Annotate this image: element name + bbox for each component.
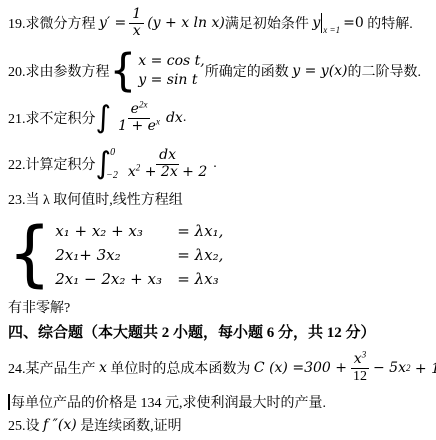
problem-21-period: . [183, 110, 187, 126]
problem-22-prefix: 22.计算定积分 [8, 154, 96, 174]
lower-bound: −2 [106, 170, 118, 181]
problem-24-tail-rest: + 170x ， [410, 358, 436, 378]
equals-zero: =0 [343, 15, 364, 31]
dx-differential: dx [166, 110, 183, 126]
f-double-prime: f ″(x) [43, 417, 77, 433]
upper-bound: 0 [110, 147, 115, 158]
problem-21: 21.求不定积分 ∫ e2x1 + exdx. [8, 96, 186, 140]
problem-24-line2: 每单位产品的价格是 134 元,求使利润最大时的产量. [8, 392, 326, 412]
fraction-1-over-x: 1x [129, 7, 144, 39]
problem-20-tail-post: 的二阶导数. [348, 61, 422, 81]
system-row-2: 2x₁+ 3x₂= λx₂, [55, 246, 223, 264]
problem-20-tail-pre: 所确定的函数 [205, 61, 293, 81]
x-variable: x [99, 360, 107, 376]
problem-20-tail-math: y = y(x) [292, 63, 347, 79]
problem-23-title-text: 23.当 λ 取何值时,线性方程组 [8, 189, 183, 209]
problem-21-prefix: 21.求不定积分 [8, 108, 96, 128]
problem-19: 19.求微分方程 y′ = 1x(y + x ln x)满足初始条件 yx =1… [8, 4, 413, 42]
system-row-1: x₁ + x₂ + x₃= λx₁, [55, 222, 223, 240]
parametric-eq-x: x = cos t, [138, 52, 205, 71]
problem-19-prefix: 19.求微分方程 [8, 13, 99, 33]
problem-20-prefix: 20.求由参数方程 [8, 61, 110, 81]
problem-24-line2-text: 每单位产品的价格是 134 元,求使利润最大时的产量. [11, 392, 326, 412]
problem-24-prefix2: 单位时的总成本函数为 [107, 358, 254, 378]
left-brace: { [110, 49, 137, 93]
left-brace: { [8, 219, 51, 290]
problem-19-expression: (y + x ln x) [147, 15, 225, 31]
problem-23-question-text: 有非零解? [8, 297, 70, 317]
integral-sign: ∫ [96, 103, 112, 133]
problem-25-prefix: 25.设 [8, 415, 43, 435]
section-4-heading: 四、综合题（本大题共 2 小题，每小题 6 分，共 12 分） [8, 320, 376, 342]
problem-19-lhs: y′ = [99, 15, 126, 31]
fraction-e2x-over-1-plus-ex: e2x1 + ex [115, 102, 163, 134]
integral-bounds: 0−2 [110, 147, 118, 181]
text-cursor[interactable] [8, 394, 10, 410]
problem-23-question: 有非零解? [8, 297, 70, 317]
section-4-heading-text: 四、综合题（本大题共 2 小题，每小题 6 分，共 12 分） [8, 321, 376, 342]
cost-function: C (x) =300 + [254, 360, 347, 376]
problem-22: 22.计算定积分 ∫ 0−2 dxx2 + 2x + 2. [8, 140, 217, 188]
problem-22-period: . [213, 156, 217, 172]
linear-system: { x₁ + x₂ + x₃= λx₁, 2x₁+ 3x₂= λx₂, 2x₁ … [8, 216, 223, 294]
problem-19-condition-text: 满足初始条件 [225, 13, 313, 33]
problem-24-prefix1: 24.某产品生产 [8, 358, 99, 378]
fraction-dx-over-quadratic: dxx2 + 2x + 2 [125, 148, 210, 180]
parametric-eq-y: y = sin t [138, 71, 205, 90]
system-row-3: 2x₁ − 2x₂ + x₃= λx₃ [55, 270, 223, 288]
problem-25-tail: 是连续函数,证明 [77, 415, 182, 435]
evaluation-subscript: x =1 [323, 25, 340, 35]
problem-20: 20.求由参数方程{x = cos t,y = sin t所确定的函数 y = … [8, 46, 421, 96]
y-variable: y [312, 15, 320, 31]
fraction-x3-over-12: x312 [350, 352, 370, 384]
problem-24: 24.某产品生产 x 单位时的总成本函数为 C (x) =300 + x312−… [8, 346, 436, 390]
problem-23-title: 23.当 λ 取何值时,线性方程组 [8, 189, 183, 209]
problem-25: 25.设 f ″(x) 是连续函数,证明 [8, 414, 182, 436]
problem-24-tail-base: − 5x [373, 360, 406, 376]
problem-19-tail: 的特解. [364, 13, 413, 33]
document-page: 19.求微分方程 y′ = 1x(y + x ln x)满足初始条件 yx =1… [0, 0, 436, 440]
parametric-equations: x = cos t,y = sin t [138, 52, 205, 90]
system-rows: x₁ + x₂ + x₃= λx₁, 2x₁+ 3x₂= λx₂, 2x₁ − … [55, 222, 223, 288]
